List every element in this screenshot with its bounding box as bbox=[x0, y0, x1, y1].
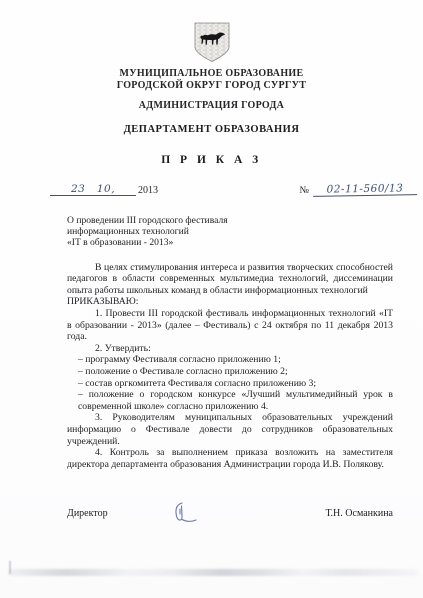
order-item-2-sub-1: – программу Фестиваля согласно приложени… bbox=[78, 354, 393, 366]
scanned-order-document: МУНИЦИПАЛЬНОЕ ОБРАЗОВАНИЕ ГОРОДСКОЙ ОКРУ… bbox=[0, 0, 423, 598]
number-underline: 02-11-560/13 bbox=[313, 182, 417, 197]
subject-line-2: информационных технологий bbox=[67, 226, 393, 237]
org-name-line1: МУНИЦИПАЛЬНОЕ ОБРАЗОВАНИЕ bbox=[0, 68, 423, 80]
scan-smudge-artifact bbox=[8, 569, 418, 576]
org-name-line2: ГОРОДСКОЙ ОКРУГ ГОРОД СУРГУТ bbox=[0, 80, 423, 92]
order-item-2-sub-2: – положение о Фестивале согласно приложе… bbox=[78, 366, 393, 378]
printed-year: 2013 bbox=[138, 185, 158, 196]
intro-paragraph: В целях стимулирования интереса и развит… bbox=[67, 262, 393, 297]
coat-of-arms-icon bbox=[191, 21, 233, 63]
subject-line-1: О проведении III городского фестиваля bbox=[67, 215, 393, 226]
number-sign: № bbox=[299, 185, 309, 196]
handwritten-date: 23 10, bbox=[71, 183, 115, 195]
order-item-2-sub-4: – положение о городском конкурсе «Лучший… bbox=[78, 389, 393, 412]
decree-word: ПРИКАЗЫВАЮ: bbox=[67, 296, 393, 308]
signer-name: Т.Н. Османкина bbox=[325, 508, 393, 519]
date-field: 23 10, 2013 bbox=[50, 183, 158, 196]
department-line: ДЕПАРТАМЕНТ ОБРАЗОВАНИЯ bbox=[0, 124, 423, 135]
number-field: № 02-11-560/13 bbox=[299, 183, 417, 196]
order-item-4: 4. Контроль за выполнением приказа возло… bbox=[67, 447, 393, 470]
document-type-title: П Р И К А З bbox=[0, 154, 423, 166]
date-number-row: 23 10, 2013 № 02-11-560/13 bbox=[50, 183, 417, 196]
signer-position: Директор bbox=[67, 508, 108, 519]
order-item-2: 2. Утвердить: bbox=[67, 343, 393, 355]
handwritten-number: 02-11-560/13 bbox=[327, 182, 404, 195]
subject-block: О проведении III городского фестиваля ин… bbox=[67, 215, 393, 249]
scan-edge-artifact bbox=[9, 561, 11, 574]
date-underline: 23 10, bbox=[50, 183, 136, 196]
signature-row: Директор Т.Н. Османкина bbox=[67, 500, 393, 526]
handwritten-signature-icon bbox=[168, 500, 214, 526]
order-item-1: 1. Провести III городской фестиваль инфо… bbox=[67, 308, 393, 343]
order-item-2-sub-3: – состав оргкомитета Фестиваля согласно … bbox=[78, 378, 393, 390]
administration-line: АДМИНИСТРАЦИЯ ГОРОДА bbox=[0, 100, 423, 111]
order-body: В целях стимулирования интереса и развит… bbox=[67, 262, 393, 471]
order-item-3: 3. Руководителям муниципальных образоват… bbox=[67, 412, 393, 447]
document-header: МУНИЦИПАЛЬНОЕ ОБРАЗОВАНИЕ ГОРОДСКОЙ ОКРУ… bbox=[0, 0, 423, 166]
subject-line-3: «IT в образовании - 2013» bbox=[67, 237, 393, 248]
